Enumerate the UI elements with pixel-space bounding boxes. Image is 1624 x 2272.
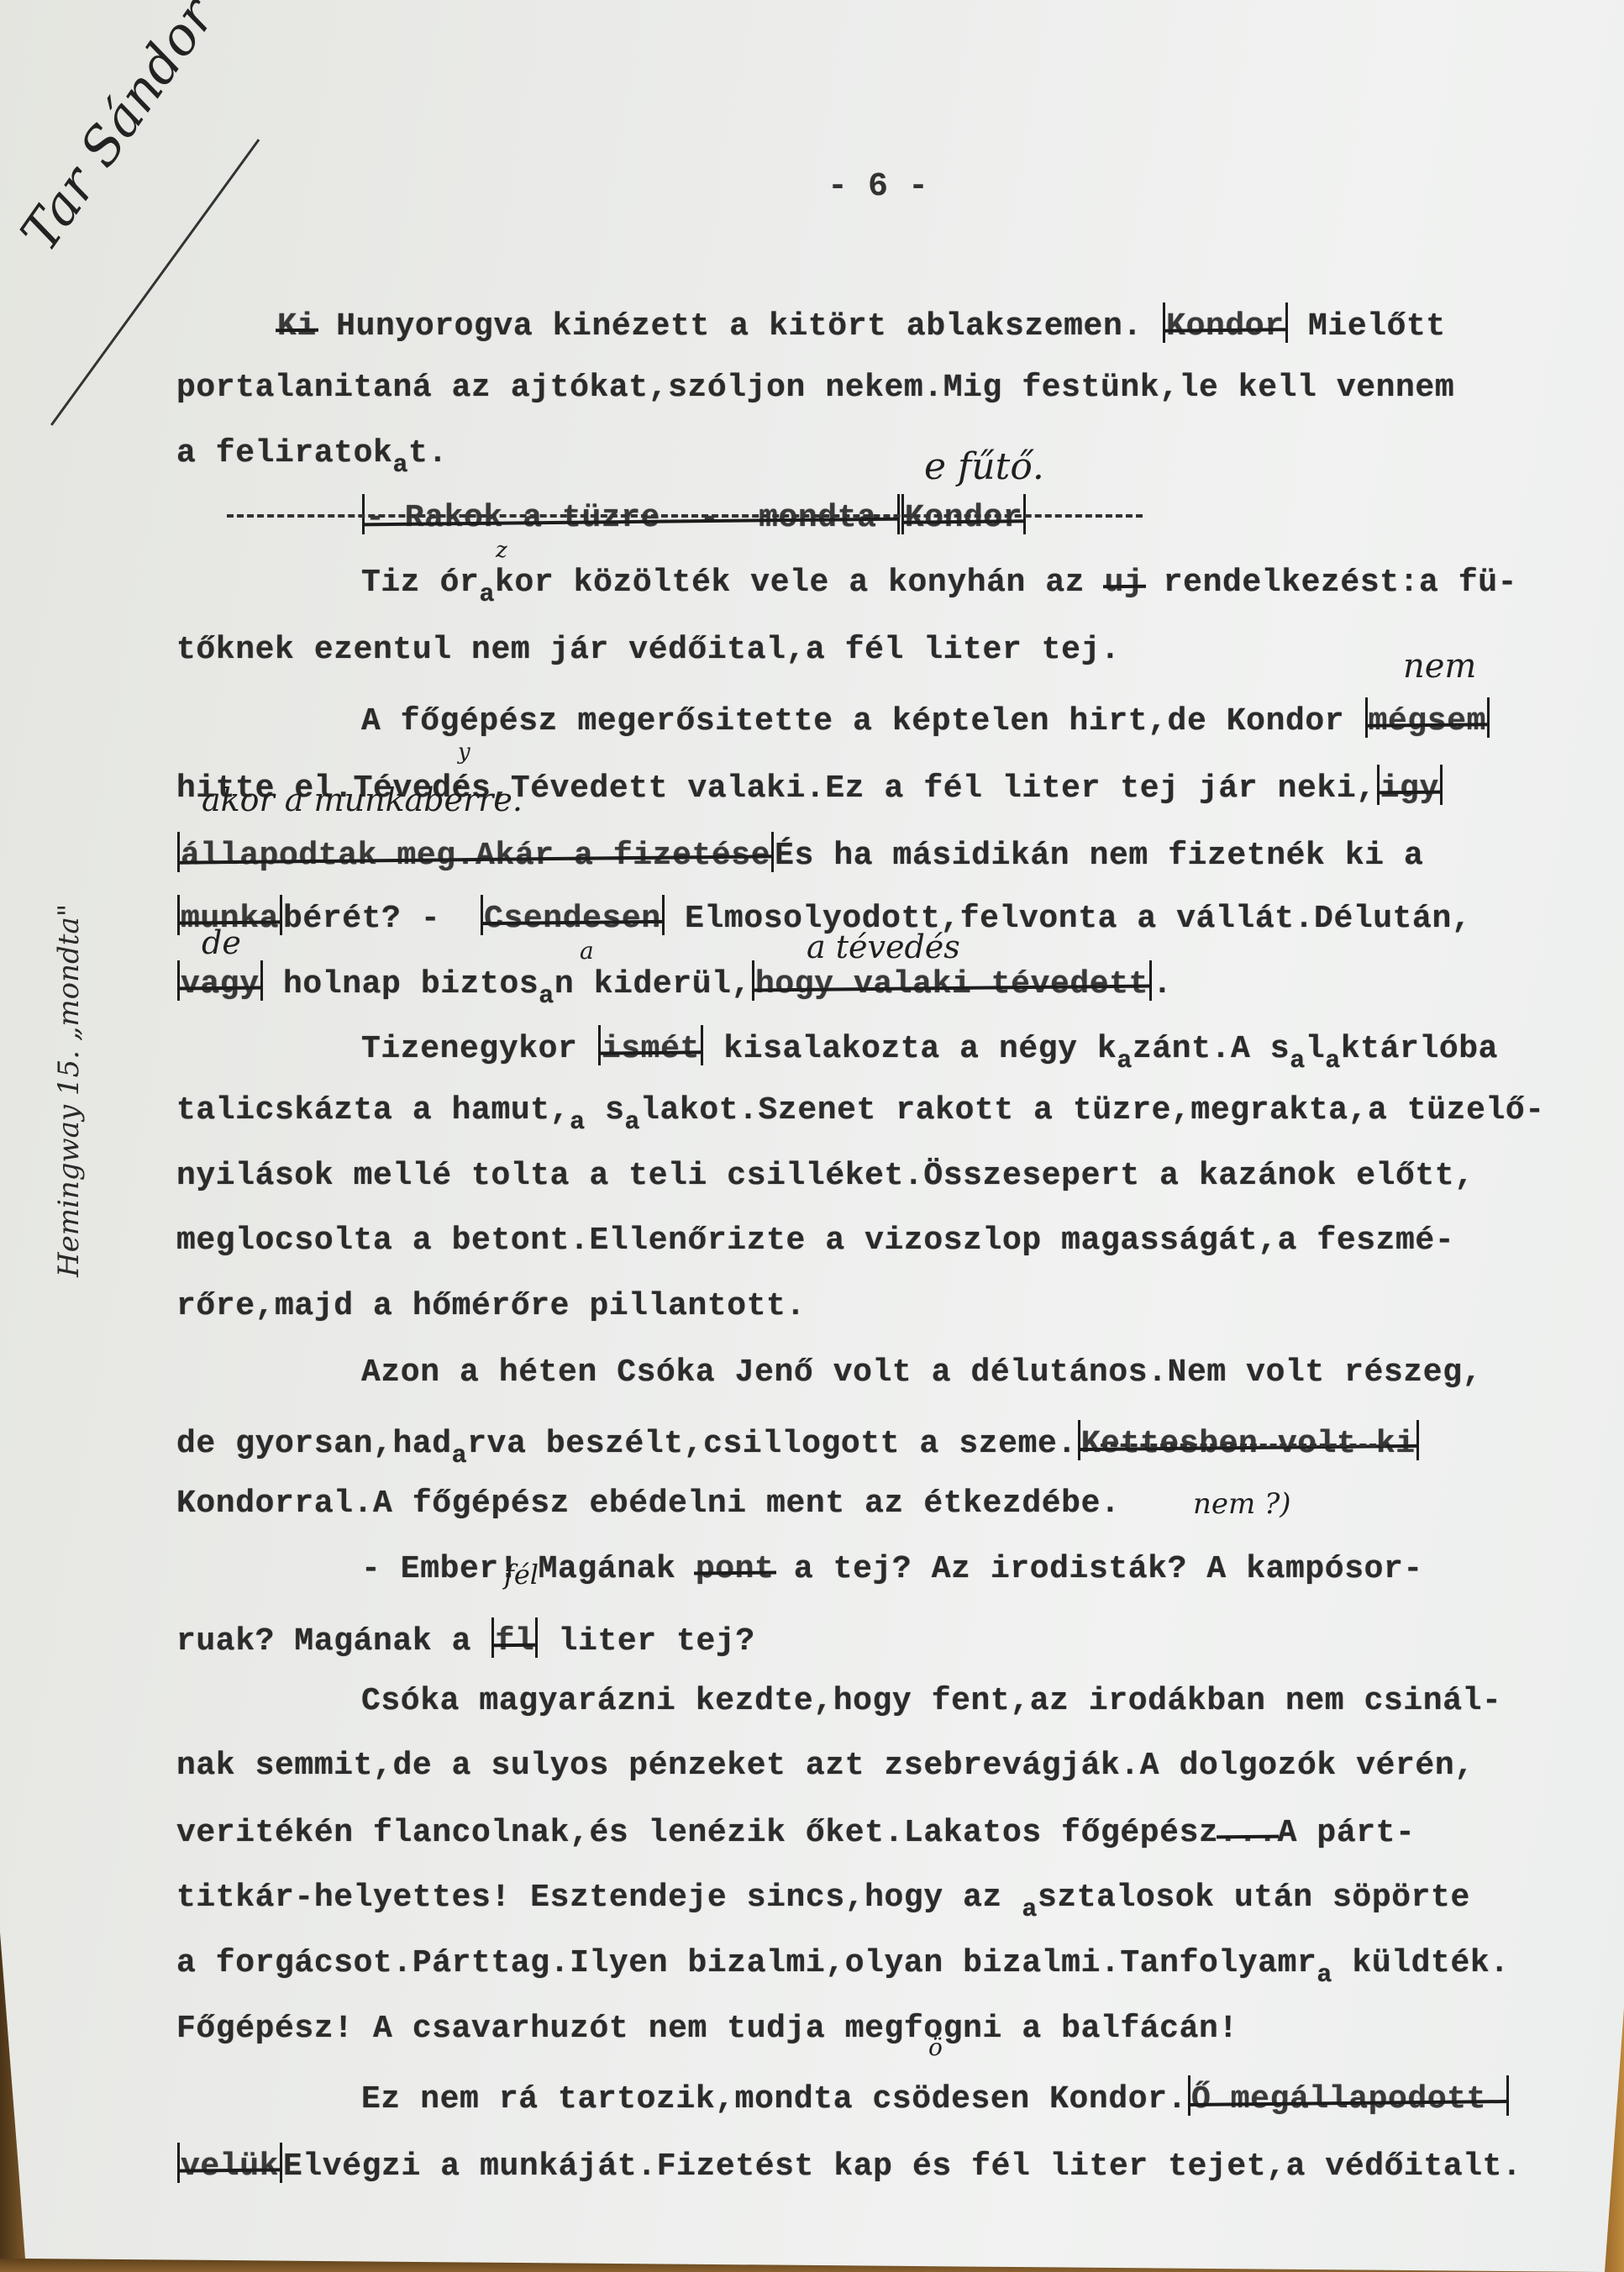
typed-text: titkár-helyettes! Esztendeje sincs,hogy … (176, 1880, 1022, 1916)
typed-line: velükElvégzi a munkáját.Fizetést kap és … (176, 2143, 1522, 2185)
typed-line: talicskázta a hamut,a salakot.Szenet rak… (176, 1092, 1545, 1128)
edit-bracket-mark (1078, 1420, 1080, 1460)
typed-line: Csóka magyarázni kezdte,hogy fent,az iro… (361, 1683, 1501, 1719)
edit-bracket-mark (701, 1025, 703, 1065)
edit-bracket-mark (752, 960, 754, 1001)
typed-text: zánt.A s (1133, 1031, 1290, 1067)
edit-bracket-mark (1506, 2075, 1509, 2116)
typed-correction: a (539, 982, 554, 1011)
typed-text: holnap biztos (264, 966, 539, 1002)
typed-line: de gyorsan,hadarva beszélt,csillogott a … (176, 1420, 1420, 1462)
struck-text: Kondor (1166, 308, 1284, 344)
typed-line: portalanitaná az ajtókat,szóljon nekem.M… (176, 370, 1454, 406)
edit-bracket-mark (598, 1025, 601, 1065)
edit-bracket-mark (1285, 302, 1288, 343)
handwritten-insertion: nem ?) (1193, 1487, 1291, 1521)
typed-text: t. (408, 435, 448, 471)
typed-text: s (586, 1092, 625, 1128)
typed-line: a feliratokat. (176, 435, 448, 471)
edit-bracket-mark (177, 895, 180, 935)
typed-text: nyilások mellé tolta a teli csilléket.Ös… (176, 1158, 1474, 1194)
handwritten-insertion: e fűtő. (924, 445, 1044, 488)
typed-correction: a (1117, 1047, 1133, 1076)
typed-text: tőknek ezentul nem jár védőital,a fél li… (176, 632, 1120, 668)
typed-correction: a (1022, 1896, 1038, 1924)
struck-text: vagy (181, 966, 260, 1002)
typed-text: Elvégzi a munkáját.Fizetést kap és fél l… (283, 2148, 1522, 2185)
typed-line: A főgépész megerősitette a képtelen hirt… (361, 697, 1490, 739)
handwritten-insertion: z (496, 538, 507, 563)
struck-text: ... (1218, 1815, 1277, 1851)
typed-text: talicskázta a hamut, (176, 1092, 570, 1128)
typed-text: sztalosok után söpörte (1038, 1880, 1470, 1916)
handwritten-insertion: a (580, 937, 594, 965)
typed-text: a forgácsot.Párttag.Ilyen bizalmi,olyan … (176, 1945, 1317, 1981)
typed-text: küldték. (1332, 1945, 1510, 1981)
typed-line: Tizenegykor ismét kisalakozta a négy kaz… (361, 1025, 1498, 1067)
typed-text: Tizenegykor (361, 1031, 597, 1067)
typed-line: rőre,majd a hőmérőre pillantott. (176, 1288, 806, 1324)
edit-bracket-mark (481, 895, 483, 935)
typed-line: titkár-helyettes! Esztendeje sincs,hogy … (176, 1880, 1470, 1916)
typed-text: Csóka magyarázni kezdte,hogy fent,az iro… (361, 1683, 1501, 1719)
struck-text: hogy valaki tévedett (755, 966, 1148, 1002)
typed-text: kisalakozta a négy k (704, 1031, 1117, 1067)
edit-bracket-mark (177, 2143, 180, 2183)
typed-line: a forgácsot.Párttag.Ilyen bizalmi,olyan … (176, 1945, 1510, 1981)
struck-text: Ő megállapodott (1191, 2081, 1506, 2117)
typed-text: ruak? Magának a (176, 1623, 491, 1659)
edit-bracket-mark (280, 895, 282, 935)
handwritten-insertion: fél (504, 1559, 539, 1591)
struck-text: pont (696, 1551, 775, 1587)
typed-text: ktárlóba (1341, 1031, 1498, 1067)
typed-text: rőre,majd a hőmérőre pillantott. (176, 1288, 806, 1324)
struck-text: velük (181, 2148, 279, 2185)
typed-text: l (1306, 1031, 1325, 1067)
edit-bracket-mark (280, 2143, 282, 2183)
edit-bracket-mark (260, 960, 263, 1001)
typed-correction: a (1325, 1047, 1341, 1076)
typed-line: Ez nem rá tartozik,mondta csödesen Kondo… (361, 2075, 1510, 2117)
typed-correction: a (625, 1108, 641, 1137)
typed-text: veritékén flancolnak,és lenézik őket.Lak… (176, 1815, 1218, 1851)
typewritten-page: - 6 - Tar Sándor Hemingway 15. „mondta" … (0, 0, 1624, 2272)
margin-note-hemingway: Hemingway 15. „mondta" (52, 904, 86, 1277)
typed-text: A főgépész megerősitette a képtelen hirt… (361, 703, 1364, 739)
struck-text: mégsem (1369, 703, 1486, 739)
handwritten-insertion: de (202, 924, 241, 961)
typed-text: Elmosolyodott,felvonta a vállát.Délután, (665, 901, 1472, 937)
edit-bracket-mark (1377, 765, 1380, 805)
typed-line: nyilások mellé tolta a teli csilléket.Ös… (176, 1158, 1474, 1194)
struck-text: uj (1105, 565, 1144, 601)
typed-line: vagy holnap biztosan kiderül,hogy valaki… (176, 960, 1172, 1002)
typed-text: a feliratok (176, 435, 392, 471)
edit-bracket-mark (1416, 1420, 1419, 1460)
typed-text: Azon a héten Csóka Jenő volt a délutános… (361, 1354, 1482, 1391)
edit-bracket-mark (177, 832, 180, 872)
handwritten-insertion: akor a munkabérre. (202, 781, 523, 818)
struck-text: Kondor (905, 500, 1022, 536)
struck-text: fl (495, 1623, 534, 1659)
edit-bracket-mark (1440, 765, 1443, 805)
struck-text: - Rakok a tüzre - mondta (365, 500, 896, 536)
typed-text: Tiz ór (361, 565, 479, 601)
typed-line: Főgépész! A csavarhuzót nem tudja megfog… (176, 2011, 1238, 2047)
struck-text: igy (1380, 770, 1439, 807)
handwritten-insertion: y (458, 739, 470, 765)
typed-text: rva beszélt,csillogott a szeme. (467, 1426, 1077, 1462)
margin-note-author: Tar Sándor (8, 0, 227, 262)
edit-bracket-mark (177, 960, 180, 1001)
underline-mark (1101, 1444, 1386, 1447)
typed-text: Hunyorogva kinézett a kitört ablakszemen… (317, 308, 1162, 344)
struck-text: Csendesen (484, 901, 661, 937)
typed-text: Mielőtt (1289, 308, 1446, 344)
typed-correction: a (1317, 1961, 1332, 1990)
edit-bracket-mark (1188, 2075, 1190, 2116)
typed-line: Azon a héten Csóka Jenő volt a délutános… (361, 1354, 1482, 1391)
underline-mark (227, 514, 1143, 518)
typed-line: veritékén flancolnak,és lenézik őket.Lak… (176, 1815, 1415, 1851)
typed-text: a tej? Az irodisták? A kampósor- (775, 1551, 1423, 1587)
typed-text: Kondorral.A főgépész ebédelni ment az ét… (176, 1486, 1120, 1522)
handwritten-insertion: a tévedés (807, 928, 960, 965)
struck-text: állapodtak meg.Akár a fizetése (181, 838, 770, 874)
typed-line: nak semmit,de a sulyos pénzeket azt zseb… (176, 1748, 1474, 1784)
edit-bracket-mark (1149, 960, 1152, 1001)
typed-text: . (1153, 966, 1172, 1002)
typed-correction: a (1290, 1047, 1306, 1076)
typed-line: Ki Hunyorogva kinézett a kitört ablaksze… (277, 302, 1446, 344)
typed-text: nak semmit,de a sulyos pénzeket azt zseb… (176, 1748, 1474, 1784)
edit-bracket-mark (535, 1617, 538, 1658)
typed-correction: a (570, 1108, 586, 1137)
typed-line: Kondorral.A főgépész ebédelni ment az ét… (176, 1486, 1120, 1522)
typed-text: lakot.Szenet rakott a tüzre,megrakta,a t… (640, 1092, 1545, 1128)
edit-bracket-mark (1163, 302, 1165, 343)
typed-correction: a (452, 1442, 468, 1470)
typed-text: Ez nem rá tartozik,mondta csödesen Kondo… (361, 2081, 1187, 2117)
typed-line: állapodtak meg.Akár a fizetéseÉs ha mási… (176, 832, 1423, 874)
handwritten-insertion: ö (928, 2033, 943, 2061)
typed-text: n kiderül, (554, 966, 751, 1002)
typed-text: portalanitaná az ajtókat,szóljon nekem.M… (176, 370, 1454, 406)
edit-bracket-mark (1487, 697, 1490, 738)
edit-bracket-mark (771, 832, 774, 872)
typed-text: kor közölték vele a konyhán az (495, 565, 1105, 601)
typed-line: ruak? Magának a fl liter tej? (176, 1617, 755, 1659)
typed-line: Tiz órakor közölték vele a konyhán az uj… (361, 565, 1517, 601)
struck-text: ismét (602, 1031, 700, 1067)
typed-text: de gyorsan,had (176, 1426, 452, 1462)
typed-line: tőknek ezentul nem jár védőital,a fél li… (176, 632, 1120, 668)
typed-correction: a (392, 451, 408, 480)
typed-text: A párt- (1278, 1815, 1416, 1851)
handwritten-insertion: nem (1403, 647, 1476, 686)
typed-text: meglocsolta a betont.Ellenőrizte a vizos… (176, 1223, 1454, 1259)
typed-line: meglocsolta a betont.Ellenőrizte a vizos… (176, 1223, 1454, 1259)
typed-text: liter tej? (539, 1623, 754, 1659)
typed-correction: a (479, 581, 495, 609)
edit-bracket-mark (1365, 697, 1368, 738)
typed-text: rendelkezést:a fü- (1143, 565, 1517, 601)
typed-text: És ha másidikán nem fizetnék ki a (775, 838, 1423, 874)
struck-text: Ki (277, 308, 317, 344)
page-number: - 6 - (828, 168, 928, 206)
typed-text: Főgépész! A csavarhuzót nem tudja megfog… (176, 2011, 1238, 2047)
edit-bracket-mark (662, 895, 665, 935)
typed-text: bérét? - (283, 901, 480, 937)
